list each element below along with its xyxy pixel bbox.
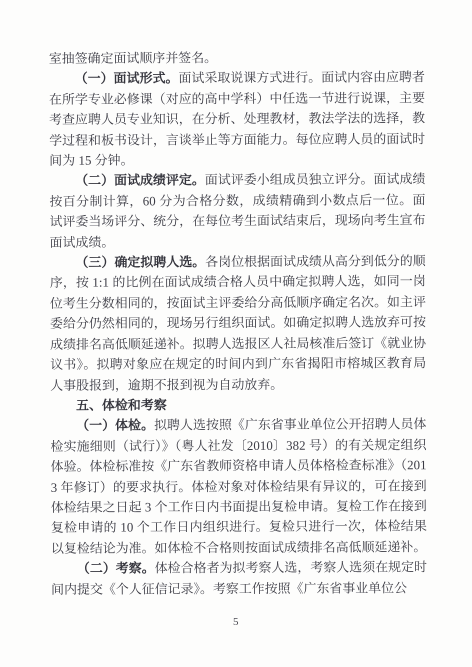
section-interview-scoring: （二）面试成绩评定。面试评委小组成员独立评分。面试成绩按百分制计算，60 分为合… (49, 170, 425, 253)
section-physical-exam-text: 拟聘人选按照《广东省事业单位公开招聘人员体检实施细则（试行）》（粤人社发〔201… (51, 417, 427, 555)
document-page: 室抽签确定面试顺序并签名。（一）面试形式。面试采取说课方式进行。面试内容由应聘者… (0, 0, 472, 667)
section-interview-format-lead: （一）面试形式。 (75, 72, 179, 86)
page-number: 5 (0, 616, 472, 628)
section-inspection: （二）考察。体检合格者为拟考察人选，考察人选须在规定时间内提交《个人征信记录》。… (51, 557, 427, 599)
continuation-line-text: 室抽签确定面试顺序并签名。 (49, 51, 217, 66)
section-candidate-selection-lead: （三）确定拟聘人选。 (75, 255, 205, 270)
section-physical-exam: （一）体检。拟聘人选按照《广东省事业单位公开招聘人员体检实施细则（试行）》（粤人… (50, 414, 427, 558)
section-candidate-selection: （三）确定拟聘人选。各岗位根据面试成绩从高分到低分的顺序，按 1:1 的比例在面… (50, 251, 427, 395)
section-interview-scoring-lead: （二）面试成绩评定。 (75, 174, 205, 189)
heading-section-five: 五、体检和考察 (50, 394, 426, 416)
heading-section-five-lead: 五、体检和考察 (76, 398, 167, 412)
document-body: 室抽签确定面试顺序并签名。（一）面试形式。面试采取说课方式进行。面试内容由应聘者… (49, 47, 427, 600)
continuation-line: 室抽签确定面试顺序并签名。 (49, 47, 425, 69)
section-inspection-lead: （二）考察。 (77, 562, 155, 576)
section-physical-exam-lead: （一）体检。 (76, 419, 154, 433)
section-interview-format: （一）面试形式。面试采取说课方式进行。面试内容由应聘者在所学专业必修课（对应的高… (49, 68, 425, 172)
section-candidate-selection-text: 各岗位根据面试成绩从高分到低分的顺序，按 1:1 的比例在面试成绩合格人员中确定… (50, 254, 426, 392)
